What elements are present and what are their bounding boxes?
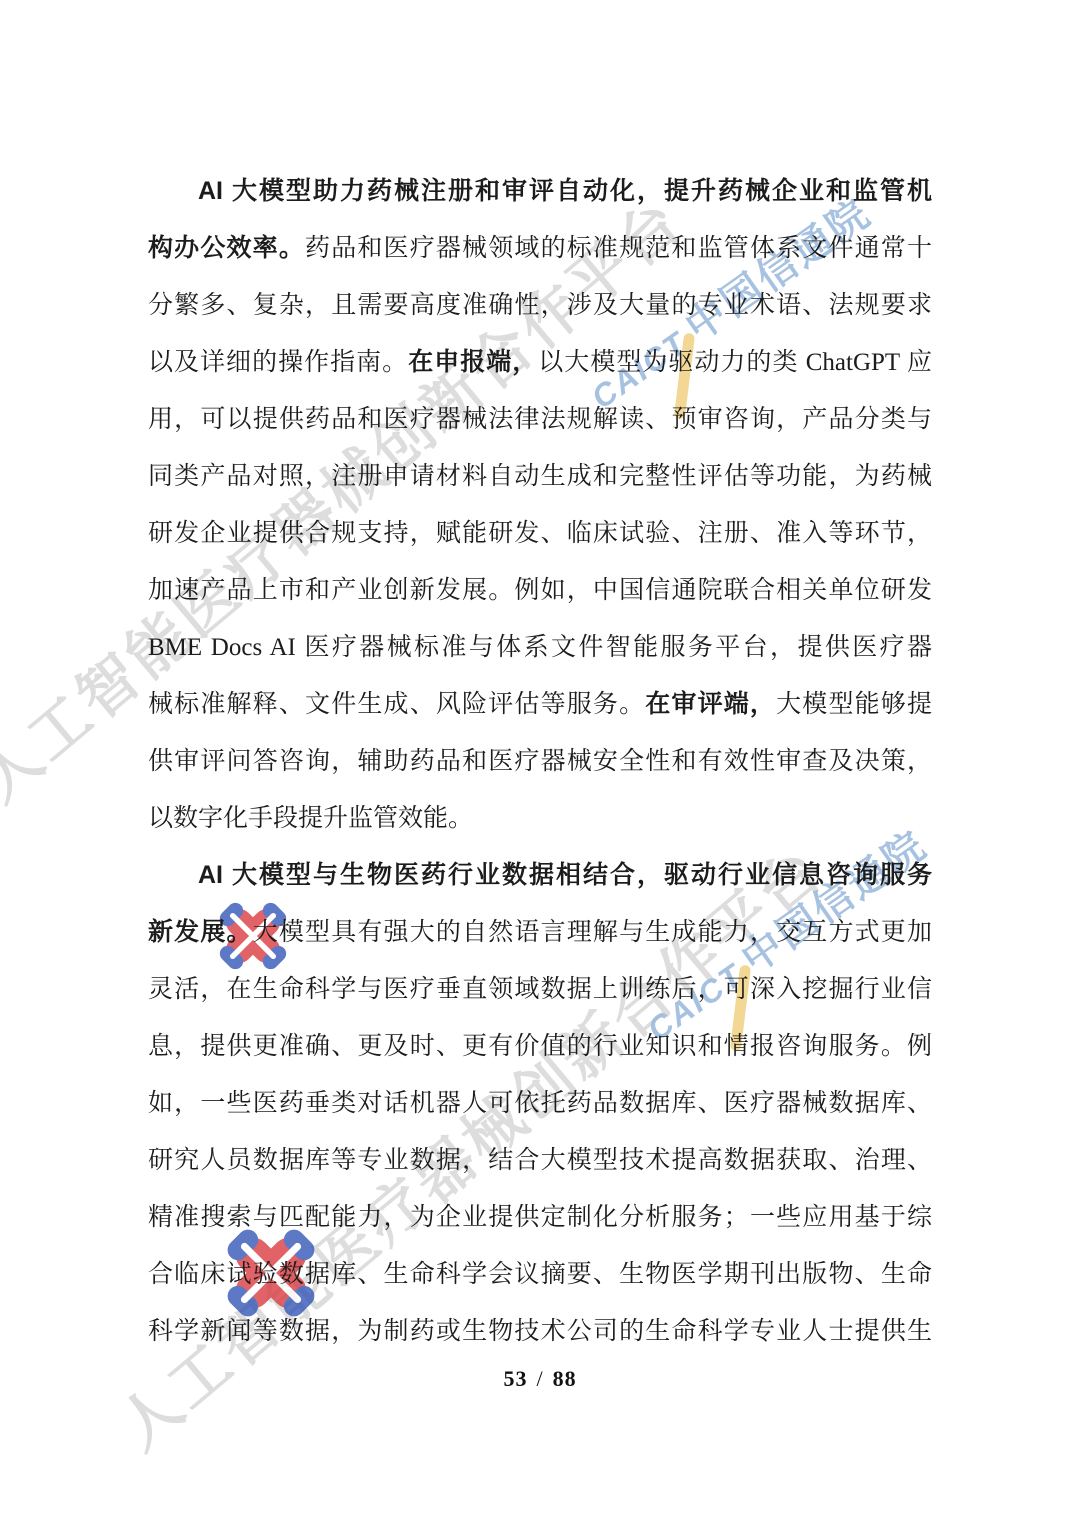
text-run: 研发企业提供合规支持，赋能研发、临床试验、注册、准入等环节， bbox=[148, 520, 932, 547]
text-line: 合临床试验数据库、生命科学会议摘要、生物医学期刊出版物、生命 bbox=[148, 1246, 932, 1303]
text-line: 精准搜索与匹配能力，为企业提供定制化分析服务；一些应用基于综 bbox=[148, 1189, 932, 1246]
text-line: 加速产品上市和产业创新发展。例如，中国信通院联合相关单位研发 bbox=[148, 562, 932, 619]
page-total: 88 bbox=[553, 1366, 577, 1391]
text-run: 大模型具有强大的自然语言理解与生成能力，交互方式更加 bbox=[253, 919, 932, 946]
emphasis-text-run: 新发展。 bbox=[148, 918, 253, 946]
text-line: 分繁多、复杂，且需要高度准确性，涉及大量的专业术语、法规要求 bbox=[148, 277, 932, 334]
text-run: 械标准解释、文件生成、风险评估等服务。 bbox=[148, 691, 645, 718]
text-line: 研发企业提供合规支持，赋能研发、临床试验、注册、准入等环节， bbox=[148, 505, 932, 562]
text-run: 研究人员数据库等专业数据，结合大模型技术提高数据获取、治理、 bbox=[148, 1147, 932, 1174]
text-run: 精准搜索与匹配能力，为企业提供定制化分析服务；一些应用基于综 bbox=[148, 1204, 932, 1231]
text-run: 灵活，在生命科学与医疗垂直领域数据上训练后，可深入挖掘行业信 bbox=[148, 976, 932, 1003]
emphasis-text-run: 在审评端， bbox=[645, 690, 776, 718]
text-run: 供审评问答咨询，辅助药品和医疗器械安全性和有效性审查及决策， bbox=[148, 748, 932, 775]
text-line: 新发展。大模型具有强大的自然语言理解与生成能力，交互方式更加 bbox=[148, 904, 932, 961]
text-run: 同类产品对照，注册申请材料自动生成和完整性评估等功能，为药械 bbox=[148, 463, 932, 490]
emphasis-text-run: AI 大模型助力药械注册和审评自动化，提升药械企业和监管机 bbox=[198, 177, 932, 205]
page-separator: / bbox=[527, 1366, 552, 1391]
text-line: AI 大模型与生物医药行业数据相结合，驱动行业信息咨询服务 bbox=[148, 847, 932, 904]
text-run: 用，可以提供药品和医疗器械法律法规解读、预审咨询，产品分类与 bbox=[148, 406, 932, 433]
text-line: 研究人员数据库等专业数据，结合大模型技术提高数据获取、治理、 bbox=[148, 1132, 932, 1189]
text-run: 分繁多、复杂，且需要高度准确性，涉及大量的专业术语、法规要求 bbox=[148, 292, 932, 319]
emphasis-text-run: AI 大模型与生物医药行业数据相结合，驱动行业信息咨询服务 bbox=[198, 861, 932, 889]
text-line: 以数字化手段提升监管效能。 bbox=[148, 790, 932, 847]
text-run: 科学新闻等数据，为制药或生物技术公司的生命科学专业人士提供生 bbox=[148, 1318, 932, 1345]
emphasis-text-run: 构办公效率。 bbox=[148, 234, 305, 262]
text-run: 合临床试验数据库、生命科学会议摘要、生物医学期刊出版物、生命 bbox=[148, 1261, 932, 1288]
text-run: 药品和医疗器械领域的标准规范和监管体系文件通常十 bbox=[305, 235, 932, 262]
text-run: 以及详细的操作指南。 bbox=[148, 349, 408, 376]
text-line: AI 大模型助力药械注册和审评自动化，提升药械企业和监管机 bbox=[148, 163, 932, 220]
text-line: BME Docs AI 医疗器械标准与体系文件智能服务平台，提供医疗器 bbox=[148, 619, 932, 676]
text-run: 息，提供更准确、更及时、更有价值的行业知识和情报咨询服务。例 bbox=[148, 1033, 932, 1060]
text-line: 以及详细的操作指南。在申报端，以大模型为驱动力的类 ChatGPT 应 bbox=[148, 334, 932, 391]
text-line: 灵活，在生命科学与医疗垂直领域数据上训练后，可深入挖掘行业信 bbox=[148, 961, 932, 1018]
text-line: 械标准解释、文件生成、风险评估等服务。在审评端，大模型能够提 bbox=[148, 676, 932, 733]
text-run: 加速产品上市和产业创新发展。例如，中国信通院联合相关单位研发 bbox=[148, 577, 932, 604]
text-line: 科学新闻等数据，为制药或生物技术公司的生命科学专业人士提供生 bbox=[148, 1303, 932, 1360]
text-line: 供审评问答咨询，辅助药品和医疗器械安全性和有效性审查及决策， bbox=[148, 733, 932, 790]
text-line: 如，一些医药垂类对话机器人可依托药品数据库、医疗器械数据库、 bbox=[148, 1075, 932, 1132]
document-page: 人工智能医疗器械创新合作平台 人工智能医疗器械创新合作平台 CAICT 中国信通… bbox=[0, 0, 1080, 1528]
text-run: 以数字化手段提升监管效能。 bbox=[148, 805, 473, 832]
text-run: BME Docs AI 医疗器械标准与体系文件智能服务平台，提供医疗器 bbox=[148, 634, 932, 661]
text-line: 用，可以提供药品和医疗器械法律法规解读、预审咨询，产品分类与 bbox=[148, 391, 932, 448]
text-line: 同类产品对照，注册申请材料自动生成和完整性评估等功能，为药械 bbox=[148, 448, 932, 505]
page-number: 53/88 bbox=[0, 1366, 1080, 1392]
text-run: 如，一些医药垂类对话机器人可依托药品数据库、医疗器械数据库、 bbox=[148, 1090, 932, 1117]
page-current: 53 bbox=[503, 1366, 527, 1391]
text-line: 构办公效率。药品和医疗器械领域的标准规范和监管体系文件通常十 bbox=[148, 220, 932, 277]
body-text: AI 大模型助力药械注册和审评自动化，提升药械企业和监管机构办公效率。药品和医疗… bbox=[148, 163, 932, 1360]
emphasis-text-run: 在申报端， bbox=[408, 348, 538, 376]
text-line: 息，提供更准确、更及时、更有价值的行业知识和情报咨询服务。例 bbox=[148, 1018, 932, 1075]
text-run: 大模型能够提 bbox=[776, 691, 932, 718]
text-run: 以大模型为驱动力的类 ChatGPT 应 bbox=[538, 349, 932, 376]
